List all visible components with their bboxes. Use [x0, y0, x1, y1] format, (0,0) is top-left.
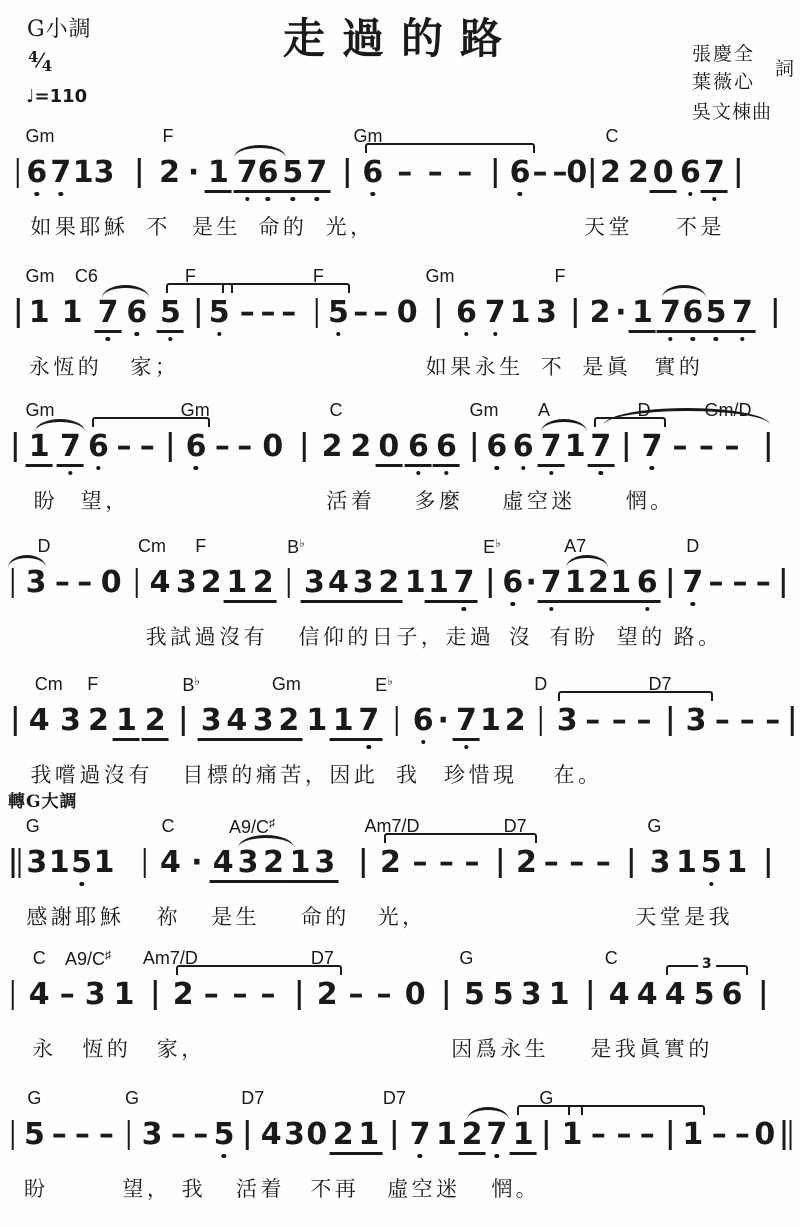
note-token: 1 [330, 706, 357, 741]
note-token: 6 [255, 158, 282, 193]
octave-dot [549, 607, 554, 612]
barline [443, 980, 450, 1010]
dash-continuation: – [261, 980, 276, 1010]
note-token: 7 [453, 706, 480, 741]
lyric-segment: 信仰的日子，走過 [298, 621, 494, 651]
sheet-music-page: G小調 4⁄4 ♩=110 走過的路 張慶全 葉薇心 詞 吳文棟曲 轉G大調 G… [0, 0, 800, 1227]
note-token: 7 [451, 568, 478, 603]
tie-bracket [92, 417, 210, 427]
lyric-segment: 命的 [258, 211, 307, 241]
chord-label: G [27, 1088, 41, 1109]
chord-label: G [125, 1088, 139, 1109]
note-token: 4 [637, 980, 658, 1010]
note-token: 7 [303, 158, 330, 193]
note-token: 7 [729, 298, 756, 333]
note-token: 2 [380, 848, 401, 878]
dash-continuation: – [60, 980, 75, 1010]
note-token: 6 [510, 158, 531, 188]
barline-stroke [12, 1120, 15, 1150]
note-token: 2 [375, 568, 402, 603]
dash-continuation: – [465, 848, 480, 878]
lyric-segment: 天堂是我 [635, 901, 733, 931]
octave-dot [714, 337, 719, 342]
lyric-segment: 我嚐過沒有 [30, 759, 153, 789]
note-token: 1 [287, 848, 314, 883]
lyric-segment: 如果永生 [426, 351, 524, 381]
chord-label: G [26, 816, 40, 837]
note-token: 5 [493, 980, 514, 1010]
note-token: 2 [275, 706, 302, 741]
chord-label: F [555, 266, 566, 287]
lyric-segment: 因爲永生 [451, 1033, 549, 1063]
barline [14, 158, 21, 188]
barline-stroke [303, 432, 306, 462]
barline [391, 1120, 398, 1150]
dash-continuation: – [377, 980, 392, 1010]
dash-continuation: – [193, 1120, 208, 1150]
note-token: 2 [459, 1120, 486, 1155]
barline [126, 1120, 133, 1150]
lyric-segment: 我 [182, 1173, 207, 1203]
barline [314, 298, 321, 328]
note-token: 1 [114, 980, 135, 1010]
octave-dot [336, 332, 341, 337]
note-token: 7 [485, 298, 506, 328]
dash-continuation: – [637, 706, 652, 736]
lyric-segment: 望， [122, 1173, 171, 1203]
lyric-segment: 家， [157, 1033, 206, 1063]
lyrics-row: 永恆的家，因爲永生是我眞實的 [0, 1033, 800, 1063]
barline-stroke [154, 980, 157, 1010]
note-token: 1 [355, 1120, 382, 1155]
dash-continuation: – [240, 298, 255, 328]
octave-dot [266, 197, 271, 202]
barline [735, 158, 742, 188]
chord-label: C [162, 816, 175, 837]
double-barline [781, 1120, 794, 1150]
note-token: 6 [405, 432, 432, 467]
chord-label: Gm [25, 126, 54, 147]
barline [789, 706, 796, 736]
chord-label: A [538, 400, 550, 421]
lyrics-row: 如果耶穌不是生命的光，天堂不是 [0, 211, 800, 241]
note-token: 1 [94, 848, 115, 878]
lyric-segment: 盼 [34, 485, 59, 515]
note-token: 1 [510, 1120, 537, 1155]
note-token: 7 [587, 432, 614, 467]
rest-note: 0 [566, 158, 587, 188]
note-token: 2 [88, 706, 109, 736]
note-token: 2 [516, 848, 537, 878]
note-token: 5 [328, 298, 349, 328]
note-token: 6 [634, 568, 661, 603]
barline [572, 298, 579, 328]
chord-label: Cm [138, 536, 166, 557]
note-token: 2 [173, 980, 194, 1010]
note-token: 5 [279, 158, 306, 193]
dash-continuation: – [740, 706, 755, 736]
chord-label: Gm [25, 400, 54, 421]
barline-stroke [445, 980, 448, 1010]
triplet-bracket: 3 [666, 965, 748, 975]
octave-dot [68, 471, 73, 476]
note-token: 4 [223, 706, 250, 741]
note-token: 7 [642, 432, 663, 462]
note-token: 3 [94, 158, 115, 188]
lyrics-row: 我試過沒有信仰的日子，走過沒有盼望的路。 [0, 621, 800, 651]
note-token: 2 [250, 568, 277, 603]
note-token: 3 [301, 568, 328, 603]
rest-note: 0 [650, 158, 677, 193]
barline [167, 432, 174, 462]
barline-stroke [316, 298, 319, 328]
barline [180, 706, 187, 736]
barline [435, 298, 442, 328]
time-signature-bottom: 4 [42, 57, 52, 75]
lyric-segment: 盼 [24, 1173, 49, 1203]
note-token: 3 [142, 1120, 163, 1150]
barline-stroke [197, 298, 200, 328]
note-token: 4 [29, 980, 50, 1010]
triplet-number: 3 [698, 957, 716, 971]
barline-stroke [396, 706, 399, 736]
chord-label: C [33, 948, 46, 969]
barline-stroke [783, 1120, 786, 1150]
chord-label: F [163, 126, 174, 147]
note-token: 2 [628, 158, 649, 188]
chord-label: E♭ [483, 536, 501, 558]
note-token: 3 [176, 568, 197, 598]
barline [760, 980, 767, 1010]
octave-dot [464, 745, 469, 750]
note-token: 3 [521, 980, 542, 1010]
barline [344, 158, 351, 188]
barline [12, 706, 19, 736]
lyric-segment: 有盼 [550, 621, 599, 651]
note-token: 7 [538, 568, 565, 603]
lyric-segment: 天堂 [584, 211, 633, 241]
notes-row: 5–––3––543021712711–––1––0 [0, 1120, 800, 1160]
note-token: 3 [250, 706, 277, 741]
barline-stroke [737, 158, 740, 188]
score-line-2: GmC6FFGmF117655–––5––067132·17657永恆的家；如果… [0, 266, 800, 396]
dash-continuation: – [204, 980, 219, 1010]
note-token: 3 [284, 1120, 305, 1150]
dash-continuation: – [765, 706, 780, 736]
barline [10, 568, 17, 598]
octave-dot [217, 332, 222, 337]
barline [195, 298, 202, 328]
note-token: 2 [159, 158, 180, 188]
octave-dot [521, 466, 526, 471]
octave-dot [495, 466, 500, 471]
note-token: 7 [355, 706, 382, 741]
rest-note: 0 [754, 1120, 775, 1150]
barline [667, 568, 674, 598]
octave-dot [96, 466, 101, 471]
octave-dot [367, 745, 372, 750]
note-token: 3 [60, 706, 81, 736]
barline [15, 298, 22, 328]
chord-label: A9/C♯ [65, 948, 111, 970]
note-token: 7 [95, 298, 122, 333]
note-token: 6 [456, 298, 477, 328]
dash-continuation: – [756, 568, 771, 598]
lyric-segment: 路。 [674, 621, 723, 651]
barline-stroke [589, 980, 592, 1010]
chord-label: C [606, 126, 619, 147]
dash-continuation: – [353, 298, 368, 328]
chord-label: Gm [425, 266, 454, 287]
note-token: 3 [557, 706, 578, 736]
dash-continuation: – [733, 568, 748, 598]
octave-dot [645, 607, 650, 612]
barline-stroke [437, 298, 440, 328]
rest-note: 0 [405, 980, 426, 1010]
octave-dot [464, 332, 469, 337]
lyric-segment: 恆的 [82, 1033, 131, 1063]
rest-note: 0 [262, 432, 283, 462]
dash-continuation: – [596, 848, 611, 878]
note-token: 6 [186, 432, 207, 462]
note-token: 6 [722, 980, 743, 1010]
lyric-segment: 活着 [326, 485, 375, 515]
barline [628, 848, 635, 878]
rest-note: 0 [397, 298, 418, 328]
note-token: 1 [205, 158, 232, 193]
lyric-segment: 在。 [554, 759, 603, 789]
notes-row: 176––6––022066667177––– [0, 432, 800, 472]
octave-dot [291, 197, 296, 202]
note-token: 3 [85, 980, 106, 1010]
barline-stroke [499, 848, 502, 878]
lyric-segment: 珍惜現 [444, 759, 518, 789]
note-token: 2 [201, 568, 222, 598]
note-token: 6 [680, 158, 701, 188]
lyric-segment: 永恆的 [29, 351, 103, 381]
octave-dot [245, 197, 250, 202]
barline-stroke [182, 706, 185, 736]
lyric-segment: 光， [326, 211, 375, 241]
lyric-segment: 我試過沒有 [146, 621, 269, 651]
barline [152, 980, 159, 1010]
barline-stroke [669, 706, 672, 736]
lyrics-row: 盼望，我活着不再虛空迷惘。 [0, 1173, 800, 1203]
note-token: 2 [330, 1120, 357, 1155]
note-token: 5 [24, 1120, 45, 1150]
note-token: 1 [425, 568, 452, 603]
barline [667, 1120, 674, 1150]
note-token: 5 [209, 298, 230, 328]
score-line-3: GmGmCGmADGm/D176––6––022066667177–––盼望，活… [0, 400, 800, 530]
barline [765, 432, 772, 462]
lyricist-role: 詞 [775, 54, 794, 81]
lyric-segment: 實的 [654, 351, 703, 381]
barline-stroke [246, 1120, 249, 1150]
dash-continuation: – [233, 980, 248, 1010]
dash-continuation: – [99, 1120, 114, 1150]
dash-continuation: – [171, 1120, 186, 1150]
barline [772, 298, 779, 328]
note-token: 3 [26, 568, 47, 598]
octave-dot [418, 1154, 423, 1159]
rest-note: 0 [306, 1120, 327, 1150]
time-signature: 4⁄4 [28, 48, 52, 75]
barline-stroke [12, 568, 15, 598]
note-token: 2 [590, 298, 611, 328]
octave-dot [59, 192, 64, 197]
dash-continuation: – [617, 1120, 632, 1150]
dotted-note-dot: · [615, 298, 626, 328]
note-token: 1 [306, 706, 327, 736]
lyric-segment: 惘。 [491, 1173, 540, 1203]
barline [471, 432, 478, 462]
song-title: 走過的路 [283, 6, 519, 66]
octave-dot [194, 466, 199, 471]
note-token: 6 [26, 158, 47, 188]
note-token: 4 [210, 848, 237, 883]
lyrics-row: 我嚐過沒有目標的痛苦，因此我珍惜現在。 [0, 759, 800, 789]
note-token: 1 [726, 848, 747, 878]
tie-bracket [176, 965, 342, 975]
lyric-segment: 虛空迷 [502, 485, 576, 515]
note-token: 5 [701, 848, 722, 878]
notes-row: 31514·432132–––2–––3151 [0, 848, 800, 888]
octave-dot [371, 192, 376, 197]
barline-stroke [574, 298, 577, 328]
octave-dot [691, 337, 696, 342]
dash-continuation: – [215, 432, 230, 462]
barline [780, 568, 787, 598]
note-token: 6 [433, 432, 460, 467]
note-token: 1 [549, 980, 570, 1010]
notes-row: 4321234321176·7123–––3––– [0, 706, 800, 746]
note-token: 6 [513, 432, 534, 462]
dotted-note-dot: · [525, 568, 536, 598]
octave-dot [650, 466, 655, 471]
note-token: 2 [317, 980, 338, 1010]
barline [538, 706, 545, 736]
dash-continuation: – [553, 158, 568, 188]
credits-block: 張慶全 葉薇心 詞 吳文棟曲 [692, 40, 792, 126]
lyric-segment: 不 [146, 211, 171, 241]
note-token: 1 [62, 298, 83, 328]
note-token: 1 [562, 1120, 583, 1150]
lyric-segment: 是我眞實的 [590, 1033, 713, 1063]
lyric-segment: 望的 [617, 621, 666, 651]
barline [296, 980, 303, 1010]
note-token: 1 [676, 848, 697, 878]
chord-label: Gm [272, 674, 301, 695]
barline [12, 432, 19, 462]
notes-row: 117655–––5––067132·17657 [0, 298, 800, 338]
chord-label: D [686, 536, 699, 557]
octave-dot [135, 332, 140, 337]
octave-dot [599, 471, 604, 476]
octave-dot [493, 332, 498, 337]
lyric-segment: 不再 [310, 1173, 359, 1203]
note-token: 4 [150, 568, 171, 598]
note-token: 1 [629, 298, 656, 333]
chord-label: D7 [383, 1088, 406, 1109]
note-token: 3 [198, 706, 225, 741]
barline-stroke [14, 432, 17, 462]
barline-stroke [791, 706, 794, 736]
dash-continuation: – [585, 706, 600, 736]
barline [497, 848, 504, 878]
note-token: 2 [142, 706, 169, 741]
barline [360, 848, 367, 878]
note-token: 5 [464, 980, 485, 1010]
lyric-segment: 虛空迷 [387, 1173, 461, 1203]
note-token: 6 [486, 432, 507, 462]
chord-label: F [195, 536, 206, 557]
score-line-6: GCA9/C♯Am7/DD7G31514·432132–––2–––3151感謝… [0, 816, 800, 946]
lyric-segment: 永 [32, 1033, 57, 1063]
tempo-marking: ♩=110 [26, 86, 87, 107]
barline [667, 706, 674, 736]
lyric-segment: 是生 [192, 211, 241, 241]
chord-label: D7 [241, 1088, 264, 1109]
chord-label: D [38, 536, 51, 557]
lyric-segment: 是生 [211, 901, 260, 931]
barline-stroke [762, 980, 765, 1010]
lyric-segment: 活着 [236, 1173, 285, 1203]
octave-dot [709, 882, 714, 887]
chord-label: F [87, 674, 98, 695]
lyric-segment: 是眞 [582, 351, 631, 381]
dotted-note-dot: · [437, 706, 448, 736]
barline [142, 848, 149, 878]
chord-label: C [605, 948, 618, 969]
barline-stroke [136, 568, 139, 598]
octave-dot [79, 882, 84, 887]
note-token: 2 [322, 432, 343, 462]
dash-continuation: – [673, 432, 688, 462]
chord-label: A7 [564, 536, 586, 557]
barline [492, 158, 499, 188]
barline-stroke [18, 848, 21, 878]
rest-note: 0 [375, 432, 402, 467]
barline-stroke [346, 158, 349, 188]
barline-stroke [12, 848, 15, 878]
barline-stroke [625, 432, 628, 462]
note-token: 1 [565, 432, 586, 462]
lyric-segment: 家； [130, 351, 179, 381]
barline-stroke [17, 298, 20, 328]
note-token: 5 [703, 298, 730, 333]
barline [301, 432, 308, 462]
notes-row: 67132·176576–––6––022067 [0, 158, 800, 198]
note-token: 1 [510, 298, 531, 328]
dash-continuation: – [237, 432, 252, 462]
barline-stroke [12, 980, 15, 1010]
chord-label: Gm [469, 400, 498, 421]
note-token: 7 [50, 158, 71, 188]
note-token: 1 [223, 568, 250, 603]
note-token: 2 [350, 432, 371, 462]
barline-stroke [767, 848, 770, 878]
score-line-4: DCmFB♭E♭A7D3––04321234321176·712167–––我試… [0, 536, 800, 666]
score-line-1: GmFGmC67132·176576–––6––022067如果耶穌不是生命的光… [0, 126, 800, 256]
octave-dot [688, 192, 693, 197]
note-token: 4 [665, 980, 686, 1010]
chord-label: C [330, 400, 343, 421]
note-token: 3 [350, 568, 377, 603]
tie-bracket [365, 143, 535, 153]
octave-dot [549, 471, 554, 476]
dash-continuation: – [544, 848, 559, 878]
